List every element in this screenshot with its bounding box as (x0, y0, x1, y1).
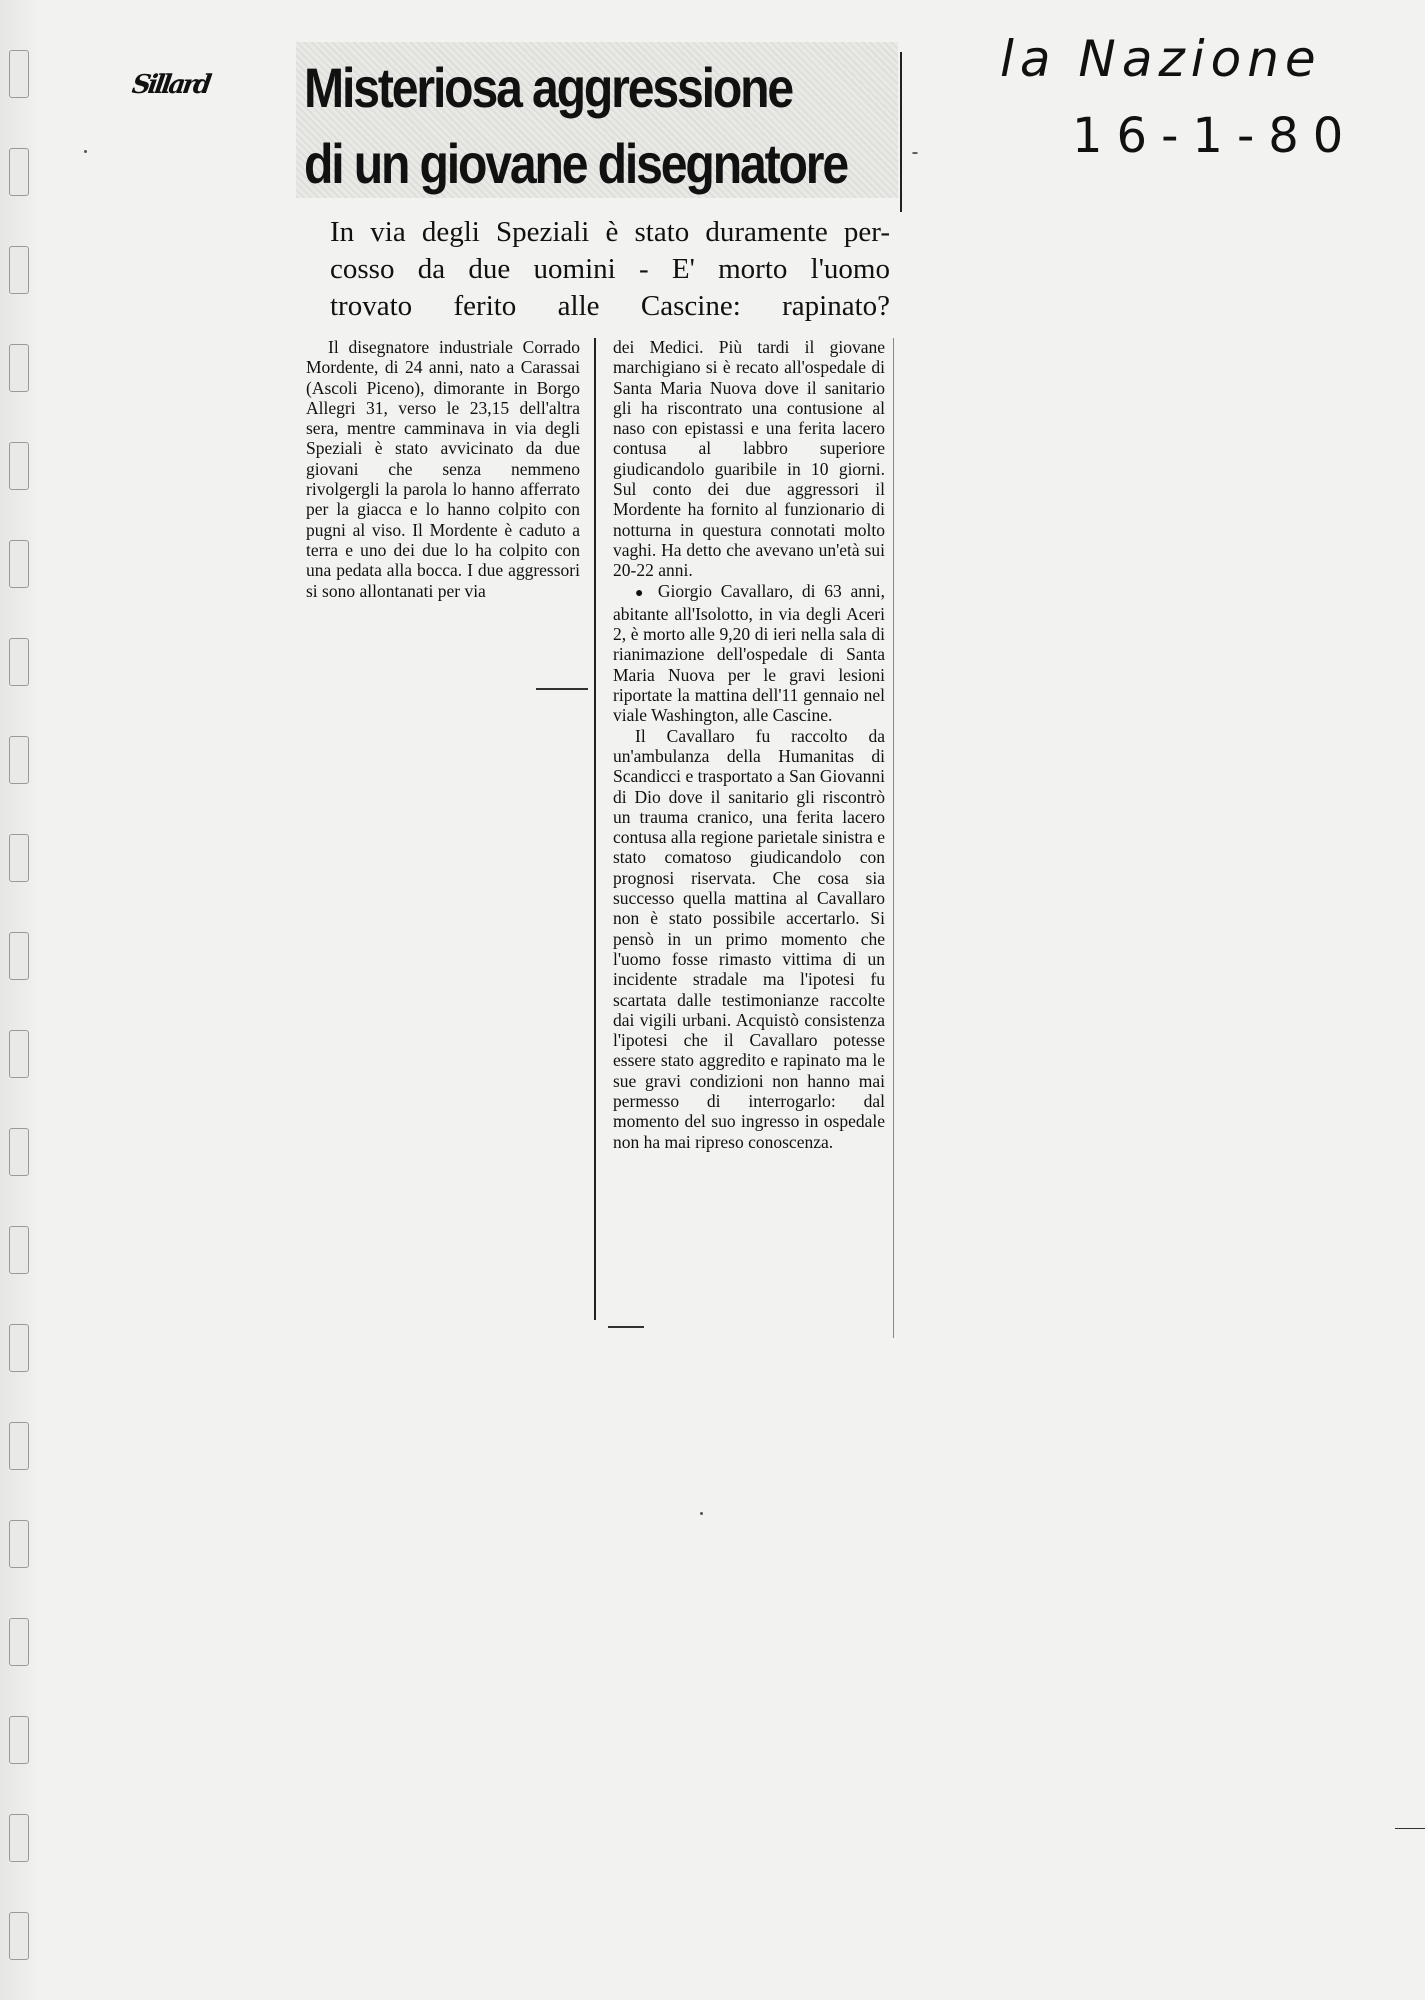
punch-hole (9, 834, 29, 882)
punch-hole (9, 1324, 29, 1372)
punch-hole (9, 1226, 29, 1274)
edge-mark (1395, 1828, 1425, 1829)
punch-hole (9, 1716, 29, 1764)
subhead-line: trovato ferito alle Cascine: rapinato? (330, 288, 890, 325)
punch-hole (9, 1618, 29, 1666)
paragraph: Il disegnatore industriale Corrado Morde… (306, 337, 580, 601)
handwritten-date: 16-1-80 (1072, 108, 1357, 164)
signature-stamp: Sillard (130, 70, 245, 104)
punch-hole (9, 736, 29, 784)
article-end-rule (608, 1326, 644, 1328)
column-end-rule (536, 688, 588, 690)
handwritten-source: la Nazione (1000, 30, 1322, 88)
headline-edge-rule (900, 52, 902, 212)
headline-line: di un giovane disegnatore (304, 126, 820, 202)
bullet-icon: ● (635, 586, 648, 601)
subhead-line: In via degli Speziali è stato duramente … (330, 214, 890, 251)
speck (84, 150, 87, 153)
paragraph: Giorgio Cavallaro, di 63 anni, abitante … (613, 581, 885, 726)
punch-hole (9, 442, 29, 490)
punch-hole (9, 50, 29, 98)
punch-hole (9, 1422, 29, 1470)
paragraph: Il Cavallaro fu raccolto da un'ambulanza… (613, 726, 885, 1152)
speck (912, 152, 918, 154)
binder-strip (0, 0, 40, 2000)
speck (700, 1512, 703, 1515)
column-divider (594, 338, 596, 1320)
punch-hole (9, 1520, 29, 1568)
right-edge-rule (893, 338, 894, 1338)
punch-hole (9, 148, 29, 196)
article-column-right: dei Medici. Più tardi il giovane marchig… (613, 337, 885, 1152)
headline-line: Misteriosa aggressione (304, 50, 820, 126)
punch-hole (9, 1030, 29, 1078)
subheadline: In via degli Speziali è stato duramente … (330, 214, 890, 325)
punch-hole (9, 344, 29, 392)
punch-hole (9, 1814, 29, 1862)
punch-hole (9, 638, 29, 686)
headline: Misteriosa aggressione di un giovane dis… (304, 50, 820, 202)
punch-hole (9, 1128, 29, 1176)
paragraph: dei Medici. Più tardi il giovane marchig… (613, 337, 885, 581)
punch-hole (9, 932, 29, 980)
subhead-line: cosso da due uomini - E' morto l'uomo (330, 251, 890, 288)
article-column-left: Il disegnatore industriale Corrado Morde… (306, 337, 580, 601)
punch-hole (9, 540, 29, 588)
bullet-paragraph: ●Giorgio Cavallaro, di 63 anni, abitante… (613, 581, 885, 726)
punch-hole (9, 1912, 29, 1960)
punch-hole (9, 246, 29, 294)
